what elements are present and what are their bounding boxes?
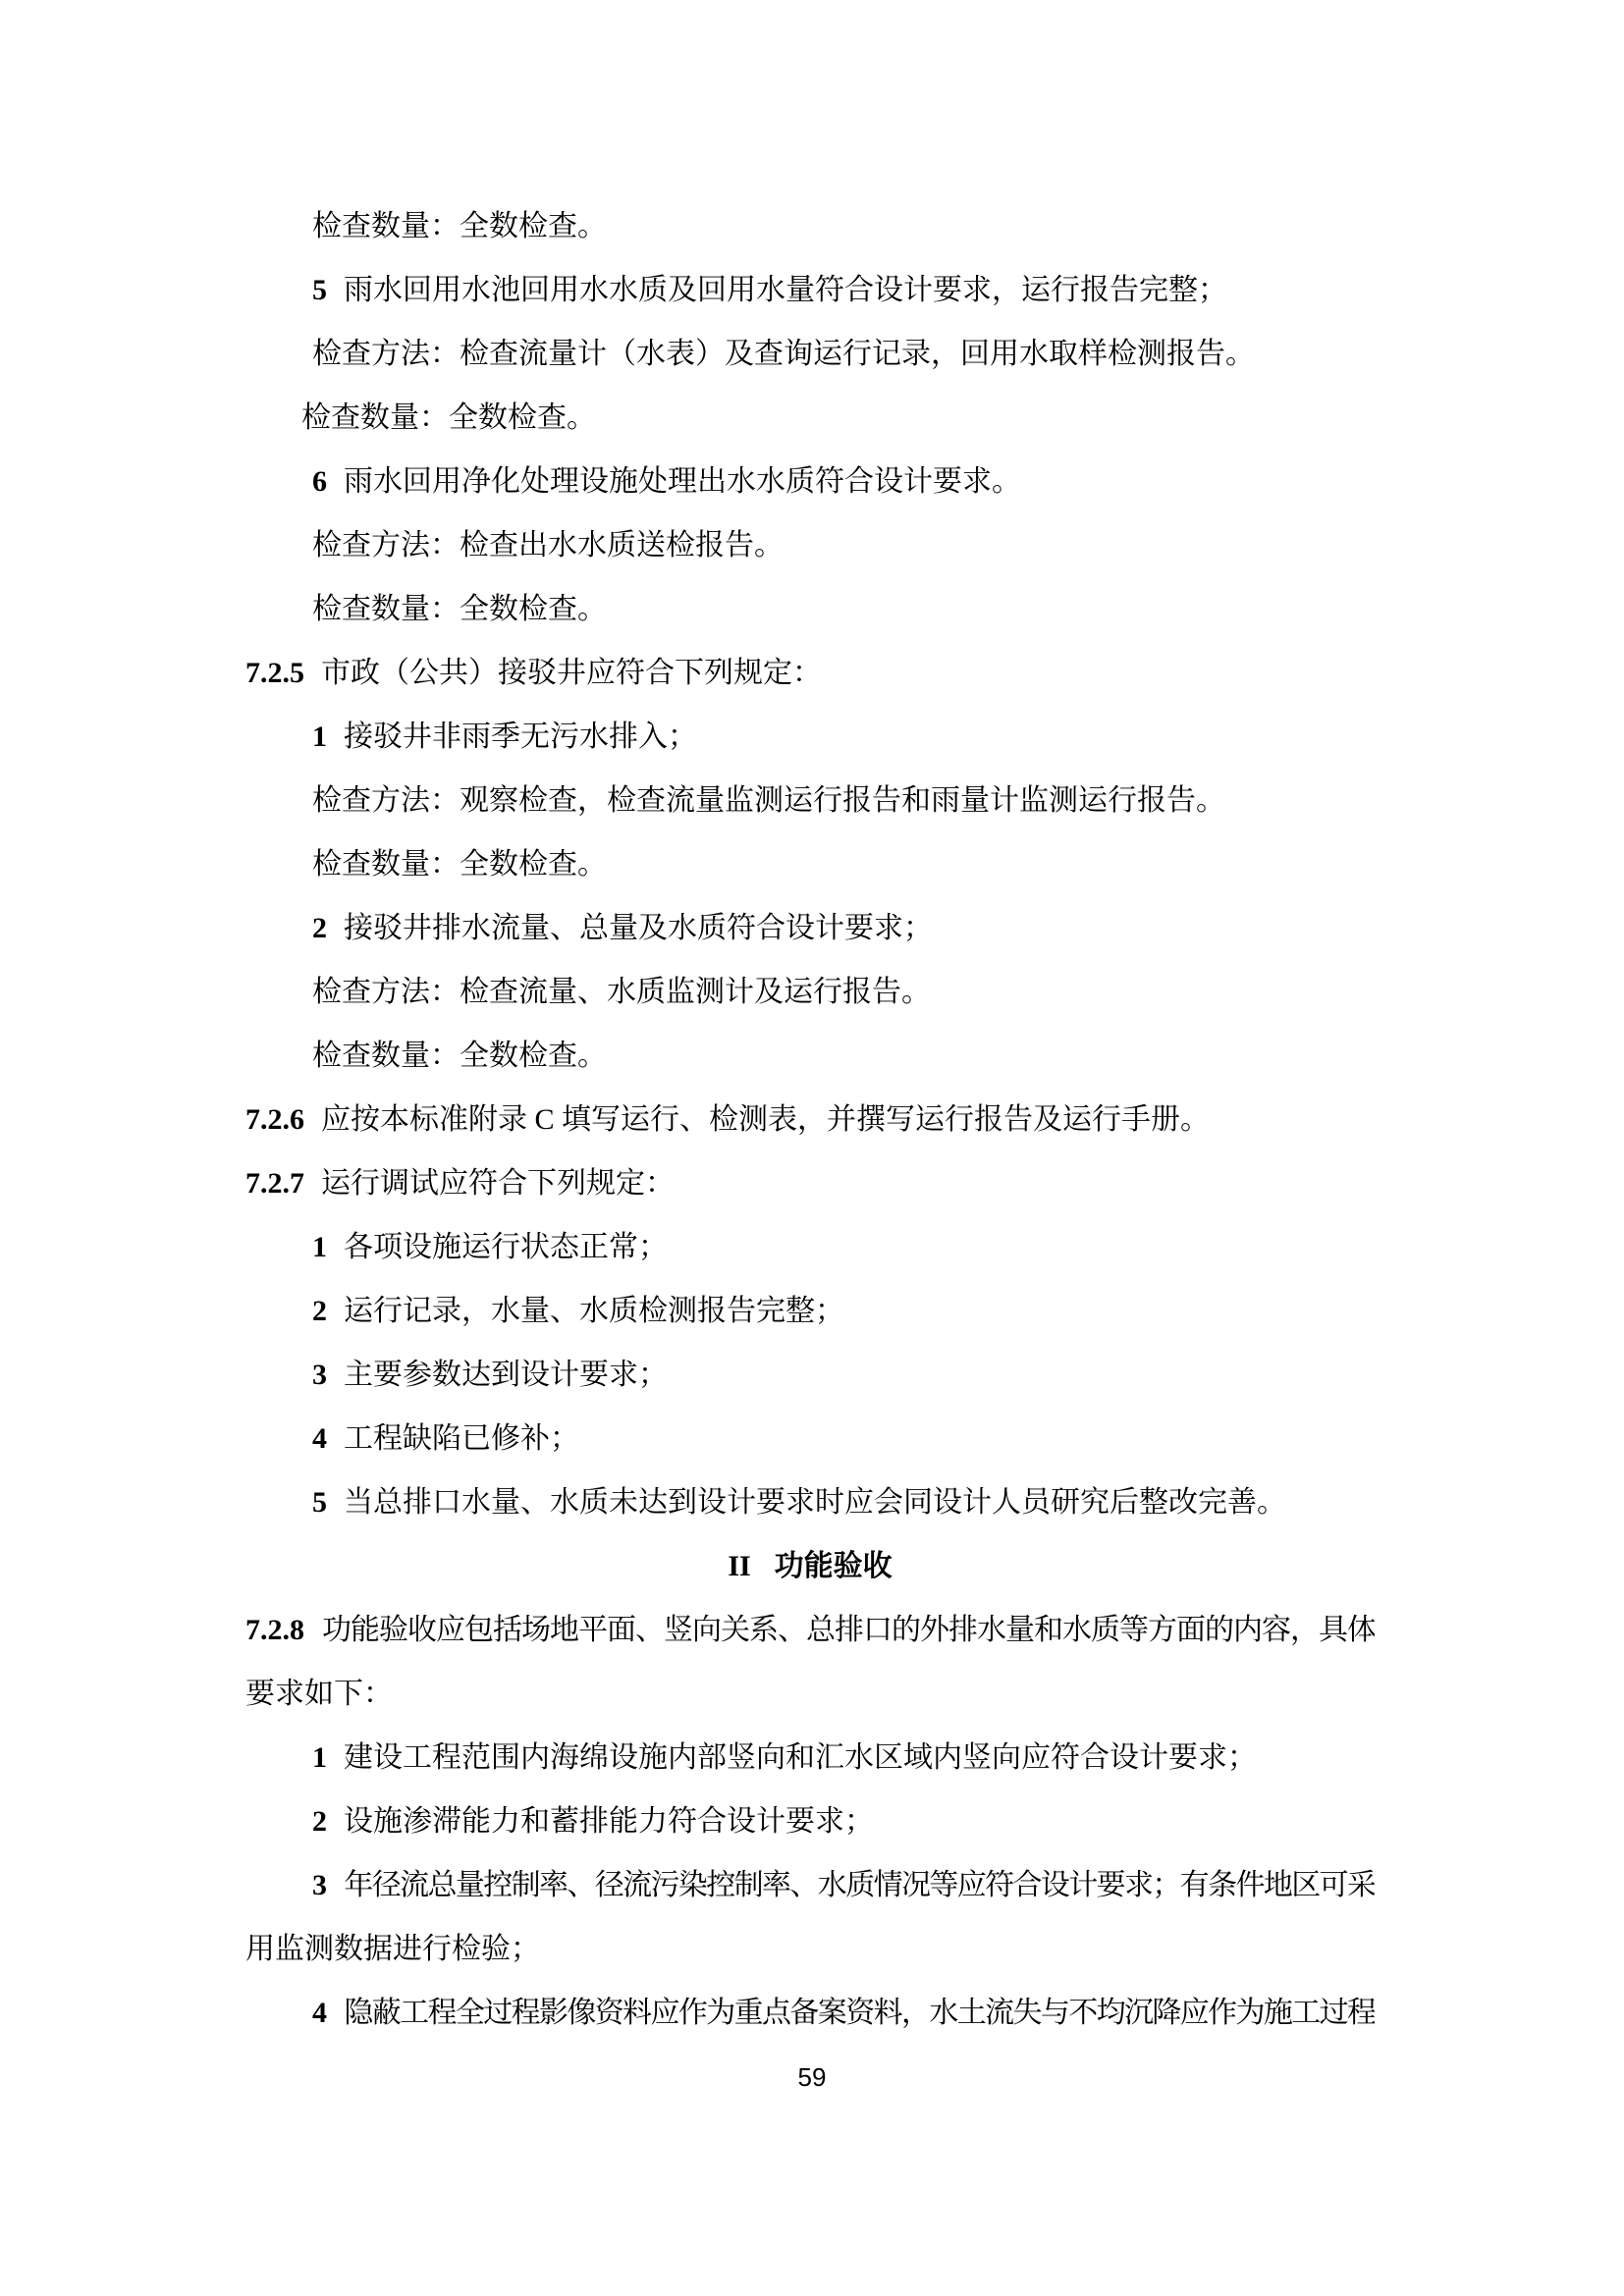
paragraph-line: 要求如下： <box>245 1662 1375 1726</box>
paragraph-line: 4工程缺陷已修补； <box>245 1407 1375 1470</box>
paragraph-line: 1各项设施运行状态正常； <box>245 1215 1375 1279</box>
line-text: 当总排口水量、水质未达到设计要求时应会同设计人员研究后整改完善。 <box>344 1486 1286 1519</box>
item-number: 2 <box>312 1805 327 1838</box>
line-text: 接驳井排水流量、总量及水质符合设计要求； <box>344 912 933 944</box>
line-text: 年径流总量控制率、径流污染控制率、水质情况等应符合设计要求；有条件地区可采 <box>344 1869 1375 1901</box>
line-text: 检查方法：检查出水水质送检报告。 <box>312 529 784 561</box>
paragraph-line: 5当总排口水量、水质未达到设计要求时应会同设计人员研究后整改完善。 <box>245 1470 1375 1534</box>
line-text: 功能验收应包括场地平面、竖向关系、总排口的外排水量和水质等方面的内容，具体 <box>321 1614 1375 1646</box>
paragraph-line: 检查方法：检查出水水质送检报告。 <box>245 513 1375 577</box>
section-heading: II功能验收 <box>245 1534 1375 1598</box>
line-text: 接驳井非雨季无污水排入； <box>344 721 697 753</box>
item-number: 5 <box>312 274 327 306</box>
paragraph-line: 7.2.7运行调试应符合下列规定： <box>245 1151 1375 1215</box>
paragraph-line: 3主要参数达到设计要求； <box>245 1343 1375 1407</box>
paragraph-line: 1建设工程范围内海绵设施内部竖向和汇水区域内竖向应符合设计要求； <box>245 1726 1375 1789</box>
item-number: 3 <box>312 1869 327 1901</box>
heading-title: 功能验收 <box>775 1550 893 1582</box>
line-text: 建设工程范围内海绵设施内部竖向和汇水区域内竖向应符合设计要求； <box>344 1741 1257 1774</box>
paragraph-line: 6雨水回用净化处理设施处理出水水质符合设计要求。 <box>245 450 1375 513</box>
paragraph-line: 检查数量：全数检查。 <box>245 194 1375 258</box>
item-number: 7.2.7 <box>245 1167 304 1200</box>
item-number: 7.2.6 <box>245 1103 304 1136</box>
line-text: 隐蔽工程全过程影像资料应作为重点备案资料，水土流失与不均沉降应作为施工过程 <box>344 1997 1375 2029</box>
line-text: 各项设施运行状态正常； <box>344 1231 668 1263</box>
line-text: 设施渗滞能力和蓄排能力符合设计要求； <box>344 1805 874 1838</box>
item-number: 2 <box>312 1295 327 1327</box>
line-text: 用监测数据进行检验； <box>245 1933 540 1965</box>
paragraph-line: 2接驳井排水流量、总量及水质符合设计要求； <box>245 896 1375 960</box>
paragraph-line: 检查方法：检查流量、水质监测计及运行报告。 <box>245 960 1375 1024</box>
line-text: 运行记录，水量、水质检测报告完整； <box>344 1295 844 1327</box>
paragraph-line: 5雨水回用水池回用水水质及回用水量符合设计要求，运行报告完整； <box>245 258 1375 322</box>
paragraph-line: 7.2.5市政（公共）接驳井应符合下列规定： <box>245 641 1375 705</box>
line-text: 市政（公共）接驳井应符合下列规定： <box>321 657 822 689</box>
line-text: 检查数量：全数检查。 <box>312 593 607 625</box>
line-text: 雨水回用水池回用水水质及回用水量符合设计要求，运行报告完整； <box>344 274 1227 306</box>
document-body: 检查数量：全数检查。5雨水回用水池回用水水质及回用水量符合设计要求，运行报告完整… <box>245 194 1375 2045</box>
paragraph-line: 检查数量：全数检查。 <box>245 832 1375 896</box>
document-page: 检查数量：全数检查。5雨水回用水池回用水水质及回用水量符合设计要求，运行报告完整… <box>0 0 1624 2296</box>
line-text: 工程缺陷已修补； <box>344 1422 579 1455</box>
paragraph-line: 2设施渗滞能力和蓄排能力符合设计要求； <box>245 1789 1375 1853</box>
paragraph-line: 4隐蔽工程全过程影像资料应作为重点备案资料，水土流失与不均沉降应作为施工过程 <box>245 1981 1375 2045</box>
item-number: 3 <box>312 1359 327 1391</box>
page-number: 59 <box>0 2057 1624 2097</box>
item-number: 6 <box>312 465 327 498</box>
paragraph-line: 检查数量：全数检查。 <box>245 1024 1375 1088</box>
line-text: 运行调试应符合下列规定： <box>321 1167 675 1200</box>
paragraph-line: 1接驳井非雨季无污水排入； <box>245 705 1375 769</box>
heading-numeral: II <box>728 1550 750 1582</box>
line-text: 检查方法：观察检查，检查流量监测运行报告和雨量计监测运行报告。 <box>312 784 1225 817</box>
paragraph-line: 3年径流总量控制率、径流污染控制率、水质情况等应符合设计要求；有条件地区可采 <box>245 1853 1375 1917</box>
paragraph-line: 7.2.6应按本标准附录 C 填写运行、检测表，并撰写运行报告及运行手册。 <box>245 1088 1375 1151</box>
paragraph-line: 7.2.8功能验收应包括场地平面、竖向关系、总排口的外排水量和水质等方面的内容，… <box>245 1598 1375 1662</box>
line-text: 检查数量：全数检查。 <box>301 401 596 434</box>
line-text: 应按本标准附录 C 填写运行、检测表，并撰写运行报告及运行手册。 <box>321 1103 1210 1136</box>
paragraph-line: 检查数量：全数检查。 <box>245 577 1375 641</box>
line-text: 主要参数达到设计要求； <box>344 1359 668 1391</box>
item-number: 1 <box>312 1231 327 1263</box>
line-text: 检查数量：全数检查。 <box>312 848 607 881</box>
item-number: 7.2.5 <box>245 657 304 689</box>
paragraph-line: 检查方法：观察检查，检查流量监测运行报告和雨量计监测运行报告。 <box>245 769 1375 832</box>
line-text: 检查数量：全数检查。 <box>312 210 607 242</box>
paragraph-line: 检查数量：全数检查。 <box>245 386 1375 450</box>
paragraph-line: 用监测数据进行检验； <box>245 1917 1375 1981</box>
item-number: 1 <box>312 721 327 753</box>
line-text: 检查数量：全数检查。 <box>312 1040 607 1072</box>
line-text: 检查方法：检查流量、水质监测计及运行报告。 <box>312 976 931 1008</box>
item-number: 5 <box>312 1486 327 1519</box>
paragraph-line: 2运行记录，水量、水质检测报告完整； <box>245 1279 1375 1343</box>
line-text: 检查方法：检查流量计（水表）及查询运行记录，回用水取样检测报告。 <box>312 338 1255 370</box>
line-text: 雨水回用净化处理设施处理出水水质符合设计要求。 <box>344 465 1021 498</box>
item-number: 2 <box>312 912 327 944</box>
paragraph-line: 检查方法：检查流量计（水表）及查询运行记录，回用水取样检测报告。 <box>245 322 1375 386</box>
line-text: 要求如下： <box>245 1678 393 1710</box>
item-number: 4 <box>312 1997 327 2029</box>
item-number: 1 <box>312 1741 327 1774</box>
item-number: 4 <box>312 1422 327 1455</box>
item-number: 7.2.8 <box>245 1614 304 1646</box>
